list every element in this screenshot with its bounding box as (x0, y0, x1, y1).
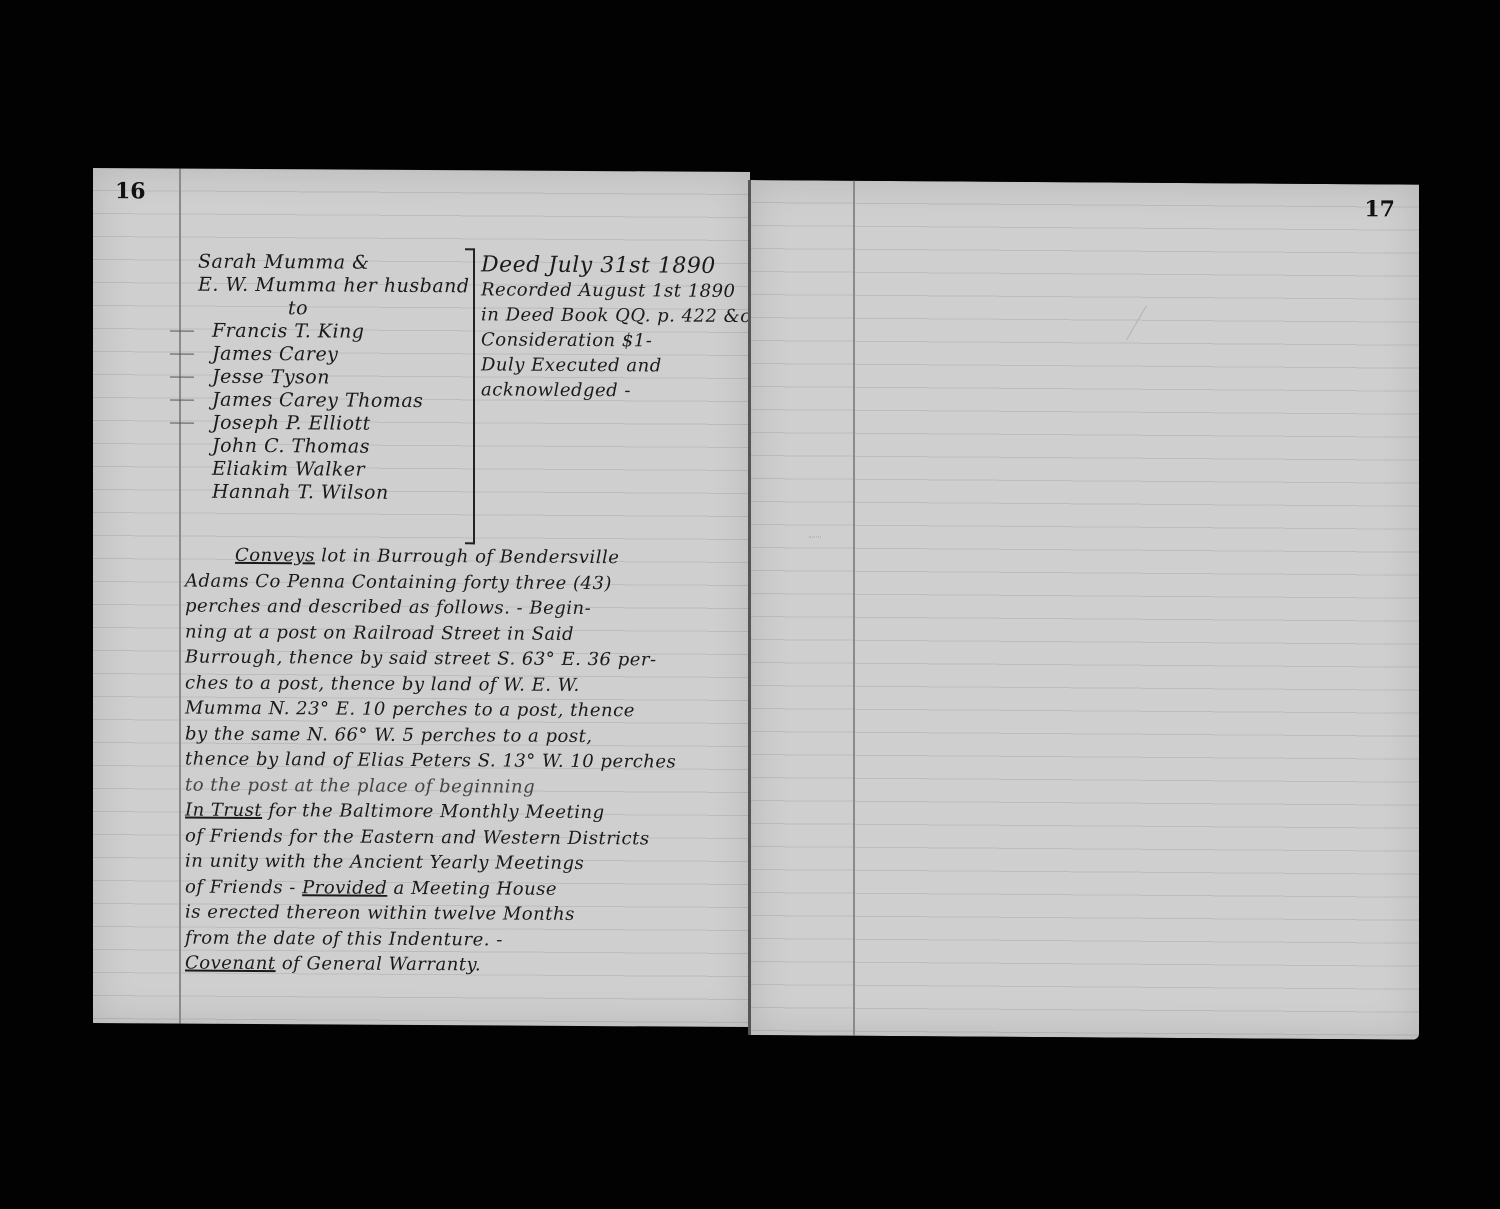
deed-body: Conveys lot in Burrough of Bendersville … (185, 543, 676, 980)
body-line: Mumma N. 23° E. 10 perches to a post, th… (185, 696, 676, 725)
faint-smudge (809, 530, 821, 537)
faint-pencil-stroke (1126, 305, 1147, 340)
body-line: perches and described as follows. - Begi… (185, 594, 676, 623)
body-line: thence by land of Elias Peters S. 13° W.… (185, 747, 676, 776)
consideration: Consideration $1- (481, 327, 751, 354)
body-line: ches to a post, thence by land of W. E. … (185, 670, 676, 699)
to-word: to (198, 297, 470, 322)
scanned-ledger-spread: 16 Sarah Mumma & E. W. Mumma her husband… (0, 0, 1500, 1209)
page-number: 16 (115, 178, 146, 204)
body-line: Conveys lot in Burrough of Bendersville (185, 543, 676, 572)
tick-mark (170, 376, 194, 377)
body-line: of Friends - Provided a Meeting House (185, 874, 676, 903)
record-note: Deed July 31st 1890 Recorded August 1st … (481, 252, 751, 404)
body-line: Burrough, thence by said street S. 63° E… (185, 645, 676, 674)
grantor-line-2: E. W. Mumma her husband (198, 274, 470, 299)
grantee-name: Eliakim Walker (198, 458, 470, 483)
page-number: 17 (1364, 196, 1395, 222)
margin-rule (853, 181, 855, 1036)
tick-mark (170, 399, 194, 400)
body-line: to the post at the place of beginning (185, 772, 676, 801)
party-bracket (465, 248, 475, 544)
grantee-name: Joseph P. Elliott (198, 412, 470, 437)
grantor-line-1: Sarah Mumma & (198, 251, 470, 276)
parties-block: Sarah Mumma & E. W. Mumma her husband to… (198, 251, 470, 506)
tick-mark (170, 330, 194, 331)
body-line: ning at a post on Railroad Street in Sai… (185, 619, 676, 648)
grantee-name: Jesse Tyson (198, 366, 470, 391)
body-line: Covenant of General Warranty. (185, 951, 676, 980)
tick-mark (170, 422, 194, 423)
acknowledgement-note: acknowledged - (481, 377, 751, 404)
body-line: Adams Co Penna Containing forty three (4… (185, 568, 676, 597)
body-line: In Trust for the Baltimore Monthly Meeti… (185, 798, 676, 827)
ledger-page-left: 16 Sarah Mumma & E. W. Mumma her husband… (93, 168, 750, 1027)
grantee-name: Hannah T. Wilson (198, 481, 470, 506)
body-line: is erected thereon within twelve Months (185, 900, 676, 929)
recorded-date: Recorded August 1st 1890 (481, 277, 751, 304)
grantee-name: James Carey Thomas (198, 389, 470, 414)
margin-rule (179, 169, 181, 1024)
body-line: of Friends for the Eastern and Western D… (185, 823, 676, 852)
deed-book-ref: in Deed Book QQ. p. 422 &c (481, 302, 751, 329)
execution-note: Duly Executed and (481, 352, 751, 379)
body-line: from the date of this Indenture. - (185, 925, 676, 954)
ledger-page-right: 17 (748, 180, 1419, 1040)
tick-mark (170, 353, 194, 354)
grantee-name: John C. Thomas (198, 435, 470, 460)
grantee-name: Francis T. King (198, 320, 470, 345)
grantee-name: James Carey (198, 343, 470, 368)
body-line: by the same N. 66° W. 5 perches to a pos… (185, 721, 676, 750)
deed-date: Deed July 31st 1890 (481, 252, 751, 279)
body-line: in unity with the Ancient Yearly Meeting… (185, 849, 676, 878)
